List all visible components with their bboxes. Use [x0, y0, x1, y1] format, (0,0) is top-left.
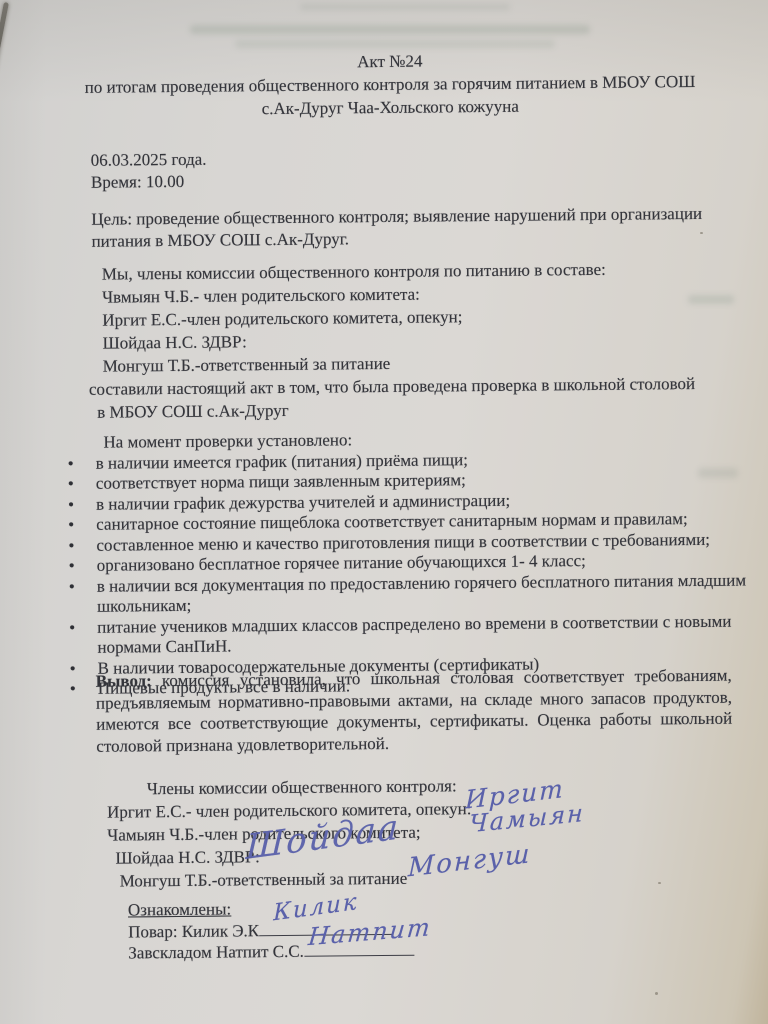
conclusion-text: комиссия установила, что школьная столов… — [96, 666, 732, 756]
scanned-document-page: Акт №24 по итогам проведения общественно… — [0, 0, 768, 1024]
conclusion-paragraph: Вывод: комиссия установила, что школьная… — [96, 665, 733, 757]
bullet-icon: • — [70, 658, 84, 679]
signature-label: Монгуш Т.Б.-ответственный за питание — [108, 869, 408, 891]
date-time-block: 06.03.2025 года. Время: 10.00 — [91, 149, 207, 193]
document-content: Акт №24 по итогам проведения общественно… — [0, 0, 768, 1024]
document-header: Акт №24 по итогам проведения общественно… — [84, 47, 697, 122]
finding-item: •в наличии вся документация по предостав… — [69, 570, 747, 618]
finding-item: •питание учеников младших классов распре… — [69, 611, 747, 659]
acknowledged-section: Ознакомлены: Повар: Килик Э.ККилик Завск… — [128, 897, 414, 964]
bullet-icon: • — [68, 474, 82, 495]
signature-label: Иргит Е.С.- член родительского комитета,… — [107, 799, 472, 821]
bullet-icon: • — [68, 453, 82, 474]
time-line: Время: 10.00 — [91, 170, 207, 193]
bullet-icon: • — [70, 679, 84, 700]
conclusion-label: Вывод: — [96, 671, 152, 691]
acknowledged-row: Завскладом Натпит С.С.Натпит — [128, 940, 414, 964]
signature-label: Шойдаа Н.С. ЗДВР: — [107, 847, 260, 867]
bullet-icon: • — [69, 617, 83, 658]
signature-row: Монгуш Т.Б.-ответственный за питание Мон… — [108, 864, 728, 893]
signature-line: Натпит — [304, 941, 414, 957]
bullet-icon: • — [68, 494, 82, 515]
act-statement-line2: в МБОУ СОШ с.Ак-Дуруг — [89, 395, 733, 424]
bullet-icon: • — [68, 515, 82, 536]
bullet-icon: • — [69, 576, 83, 617]
bullet-icon: • — [69, 556, 83, 577]
acknowledged-label: Завскладом Натпит С.С. — [128, 942, 304, 963]
signatures-section: Члены комиссии общественного контроля: И… — [107, 772, 728, 893]
acknowledged-label: Повар: Килик Э.К — [128, 921, 259, 941]
date-line: 06.03.2025 года. — [91, 149, 207, 172]
handwritten-signature: Натпит — [307, 917, 432, 949]
purpose-paragraph: Цель: проведение общественного контроля;… — [91, 203, 727, 253]
bullet-icon: • — [68, 535, 82, 556]
findings-section: На момент проверки установлено: •в налич… — [67, 427, 748, 700]
commission-section: Мы, члены комиссии общественного контрол… — [88, 257, 734, 424]
